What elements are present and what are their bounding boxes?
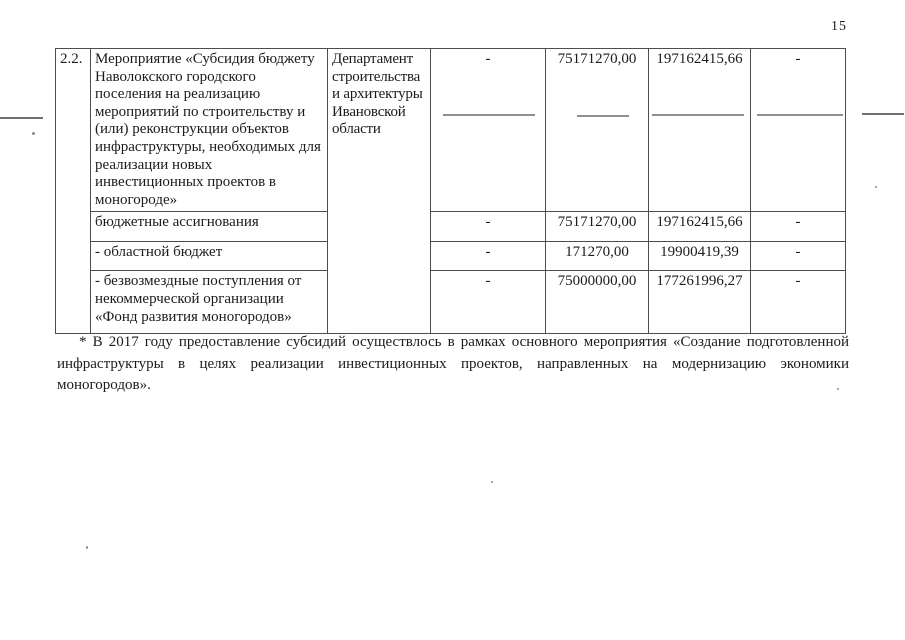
scan-artifact-cell-dash <box>443 114 535 116</box>
row-index-cell: 2.2. <box>56 49 91 334</box>
value-cell: - <box>751 271 846 334</box>
table-row-gratuitous-receipts: - безвозмездные поступления от некоммерч… <box>56 271 846 334</box>
scan-artifact-speck <box>875 186 877 188</box>
scan-artifact-cell-dash <box>652 114 744 116</box>
value-cell: - <box>431 242 546 271</box>
value-cell: - <box>751 242 846 271</box>
table-row-regional-budget: - областной бюджет - 171270,00 19900419,… <box>56 242 846 271</box>
value-cell: 197162415,66 <box>649 49 751 212</box>
measure-name-cell: бюджетные ассигнования <box>91 212 328 242</box>
scan-artifact-speck <box>837 388 839 390</box>
table-row-budget-appropriations: бюджетные ассигнования - 75171270,00 197… <box>56 212 846 242</box>
scan-artifact-left-dot <box>32 132 35 135</box>
footnote: * В 2017 году предоставление субсидий ос… <box>57 332 849 397</box>
value-cell: 19900419,39 <box>649 242 751 271</box>
value-cell: 75171270,00 <box>546 212 649 242</box>
scan-artifact-speck <box>86 546 88 549</box>
value-cell: 171270,00 <box>546 242 649 271</box>
value-cell: 75000000,00 <box>546 271 649 334</box>
document-page: 15 2.2. Мероприятие «Субсидия бюджету На… <box>0 0 905 640</box>
scan-artifact-cell-dash <box>757 114 843 116</box>
scan-artifact-speck <box>491 481 493 483</box>
value-cell: - <box>431 212 546 242</box>
table-row-main: 2.2. Мероприятие «Субсидия бюджету Навол… <box>56 49 846 212</box>
scan-artifact-right-line <box>862 113 904 115</box>
page-number: 15 <box>831 19 847 35</box>
scan-artifact-cell-dash <box>577 115 629 117</box>
measure-name-cell: - областной бюджет <box>91 242 328 271</box>
value-cell: 75171270,00 <box>546 49 649 212</box>
value-cell: - <box>751 212 846 242</box>
funding-table: 2.2. Мероприятие «Субсидия бюджету Навол… <box>55 48 846 334</box>
value-cell: - <box>751 49 846 212</box>
value-cell: 177261996,27 <box>649 271 751 334</box>
scan-artifact-left-line <box>0 117 43 119</box>
value-cell: - <box>431 49 546 212</box>
measure-name-cell: - безвозмездные поступления от некоммерч… <box>91 271 328 334</box>
value-cell: 197162415,66 <box>649 212 751 242</box>
value-cell: - <box>431 271 546 334</box>
executor-cell: Департамент строительства и архитектуры … <box>328 49 431 334</box>
measure-name-cell: Мероприятие «Субсидия бюджету Наволокско… <box>91 49 328 212</box>
